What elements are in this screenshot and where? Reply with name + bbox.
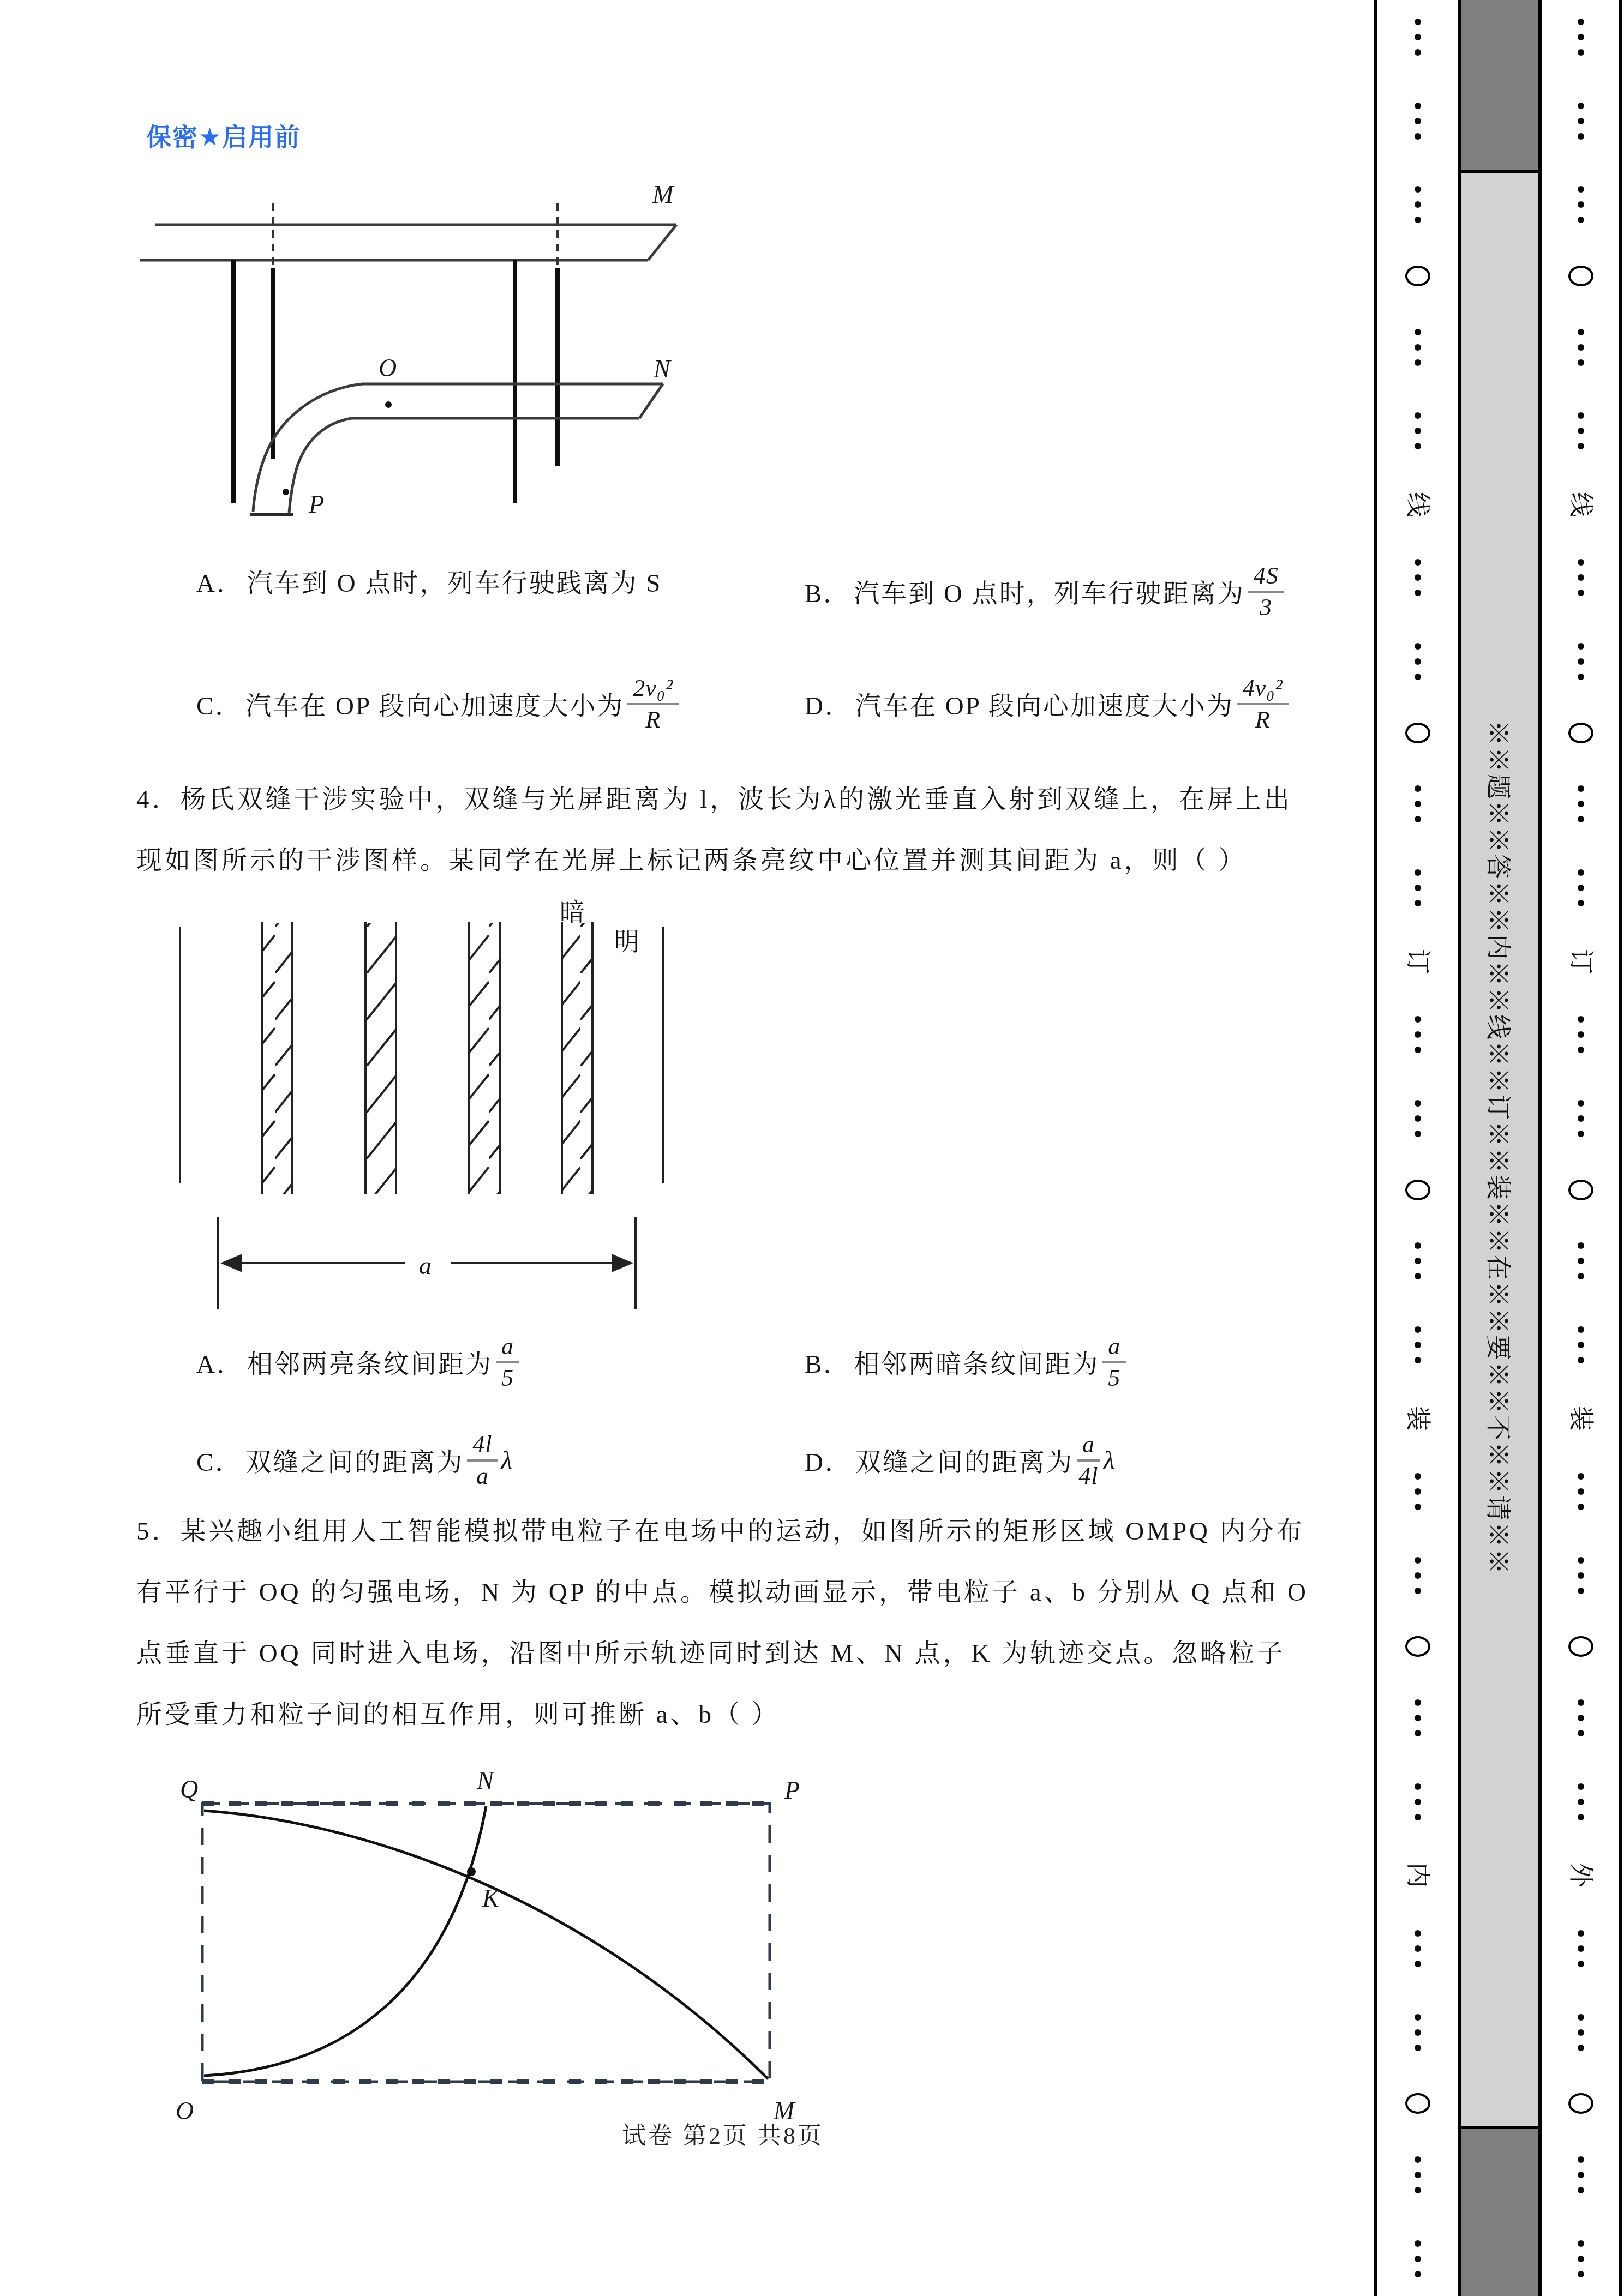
fraction: 4v₀² R — [1237, 675, 1289, 732]
option-text: 双缝之间的距离为 — [245, 1442, 464, 1478]
ellipsis-dots — [1415, 1695, 1421, 1741]
ellipsis-dots — [1415, 2236, 1421, 2282]
ellipsis-dots — [1578, 2010, 1584, 2055]
option-text: 汽车到 O 点时，列车行驶距离为 — [854, 573, 1244, 610]
q4-option-a: A． 相邻两亮条纹间距为 a 5 — [196, 1333, 523, 1391]
binding-strip-inner: 线订装内 — [1379, 0, 1457, 2296]
confidential-header: 保密★启用前 — [146, 117, 301, 153]
ellipsis-dots — [1415, 2152, 1421, 2198]
dark-fringe-bands — [262, 922, 592, 1194]
registration-circle-icon — [1405, 1636, 1430, 1657]
q3-option-b: B． 汽车到 O 点时，列车行驶距离为 4S 3 — [805, 563, 1287, 620]
registration-circle-icon — [1568, 1180, 1593, 1200]
fraction: a 4l — [1077, 1432, 1100, 1489]
binding-strip-outer: 线订装外 — [1544, 0, 1618, 2296]
train-track-diagram: M N O P — [136, 164, 693, 545]
lambda-suffix: λ — [1104, 1446, 1116, 1475]
car-dot-O — [385, 401, 392, 408]
binding-label: 线 — [1568, 492, 1593, 517]
q3-option-d: D． 汽车在 OP 段向心加速度大小为 4v₀² R — [805, 675, 1292, 732]
ellipsis-dots — [1578, 1695, 1584, 1741]
ellipsis-dots — [1415, 865, 1421, 911]
exam-paper-page: 保密★启用前 M N O P A． 汽车到 O 点时，列车行驶践离为 S — [0, 0, 1624, 2296]
ellipsis-dots — [1415, 1238, 1421, 1284]
ellipsis-dots — [1578, 182, 1584, 227]
ellipsis-dots — [1578, 2236, 1584, 2282]
option-label: B． — [805, 1344, 850, 1380]
ellipsis-dots — [1415, 639, 1421, 684]
ellipsis-dots — [1578, 1322, 1584, 1368]
label-Q: Q — [180, 1775, 198, 1803]
margin-border-right — [1619, 0, 1622, 2296]
ellipsis-dots — [1415, 1322, 1421, 1368]
ellipsis-dots — [1578, 781, 1584, 827]
page-footer: 试卷 第2页 共8页 — [622, 2116, 824, 2151]
field-region-diagram: Q N P O M K — [164, 1745, 856, 2121]
label-distance-a: a — [419, 1252, 432, 1279]
ellipsis-dots — [1415, 781, 1421, 827]
ellipsis-dots — [1578, 1012, 1584, 1057]
ellipsis-dots — [1415, 1012, 1421, 1057]
ellipsis-dots — [1578, 408, 1584, 454]
margin-border-left — [1374, 0, 1377, 2296]
label-O: O — [379, 354, 397, 382]
registration-circle-icon — [1405, 266, 1430, 286]
q5-stem-line4: 所受重力和粒子间的相互作用，则可推断 a、b（ ） — [136, 1694, 780, 1730]
q4-option-b: B． 相邻两暗条纹间距为 a 5 — [805, 1333, 1129, 1391]
ellipsis-dots — [1415, 1096, 1421, 1141]
ellipsis-dots — [1415, 1553, 1421, 1598]
registration-circle-icon — [1405, 2093, 1430, 2114]
label-P: P — [308, 490, 324, 518]
trajectory-a — [204, 1811, 768, 2079]
label-bright: 明 — [614, 928, 639, 955]
intersection-dot-K — [467, 1867, 476, 1876]
ellipsis-dots — [1578, 555, 1584, 600]
option-label: C． — [196, 686, 242, 722]
option-text: 汽车在 OP 段向心加速度大小为 — [855, 686, 1234, 722]
binding-label: 装 — [1405, 1406, 1430, 1431]
option-text: 相邻两亮条纹间距为 — [247, 1344, 493, 1380]
gray-strip-dark-top — [1461, 0, 1538, 173]
label-N: N — [476, 1766, 495, 1794]
binding-label: 线 — [1405, 492, 1430, 517]
registration-circle-icon — [1405, 723, 1430, 743]
car-dot-P — [283, 489, 289, 495]
trajectory-b — [204, 1806, 486, 2076]
option-text: 双缝之间的距离为 — [855, 1442, 1074, 1478]
option-text: 汽车在 OP 段向心加速度大小为 — [245, 686, 624, 722]
ellipsis-dots — [1415, 2010, 1421, 2055]
fraction: 4S 3 — [1248, 563, 1284, 620]
q5-stem-line2: 有平行于 OQ 的匀强电场，N 为 QP 的中点。模拟动画显示，带电粒子 a、b… — [136, 1572, 1309, 1608]
ellipsis-dots — [1578, 98, 1584, 144]
ellipsis-dots — [1578, 14, 1584, 60]
option-label: A． — [196, 563, 244, 599]
ellipsis-dots — [1578, 324, 1584, 370]
ellipsis-dots — [1578, 865, 1584, 911]
ellipsis-dots — [1578, 2152, 1584, 2198]
binding-label: 订 — [1405, 949, 1430, 974]
label-N: N — [653, 355, 672, 383]
registration-circle-icon — [1568, 2093, 1593, 2114]
ellipsis-dots — [1415, 98, 1421, 144]
label-K: K — [482, 1884, 500, 1912]
fraction: 4l a — [467, 1432, 498, 1489]
q5-stem-line1: 5．某兴趣小组用人工智能模拟带电粒子在电场中的运动，如图所示的矩形区域 OMPQ… — [136, 1511, 1305, 1547]
q4-option-d: D． 双缝之间的距离为 a 4l λ — [805, 1432, 1116, 1489]
ellipsis-dots — [1415, 324, 1421, 370]
q5-stem-line3: 点垂直于 OQ 同时进入电场，沿图中所示轨迹同时到达 M、N 点，K 为轨迹交点… — [136, 1633, 1285, 1669]
ellipsis-dots — [1415, 14, 1421, 60]
ellipsis-dots — [1578, 1779, 1584, 1825]
fraction: a 5 — [1102, 1333, 1126, 1391]
ellipsis-dots — [1578, 1469, 1584, 1514]
ellipsis-dots — [1415, 1926, 1421, 1972]
gray-strip-dark-bottom — [1461, 2126, 1538, 2296]
lambda-suffix: λ — [501, 1446, 514, 1475]
label-O: O — [176, 2097, 194, 2121]
binding-label: 装 — [1568, 1406, 1593, 1431]
label-P: P — [784, 1776, 800, 1804]
ellipsis-dots — [1578, 1238, 1584, 1284]
option-label: D． — [805, 686, 852, 722]
label-dark: 暗 — [560, 898, 585, 926]
option-text: 汽车到 O 点时，列车行驶践离为 S — [247, 563, 662, 599]
ellipsis-dots — [1415, 1779, 1421, 1825]
binding-warning-text: ※※题※※答※※内※※线※※订※※装※※在※※要※※不※※请※※ — [1482, 720, 1518, 1576]
ellipsis-dots — [1415, 408, 1421, 454]
q4-stem-line1: 4．杨氏双缝干涉实验中，双缝与光屏距离为 l，波长为λ的激光垂直入射到双缝上，在… — [136, 779, 1292, 815]
ellipsis-dots — [1578, 1553, 1584, 1598]
q4-option-c: C． 双缝之间的距离为 4l a λ — [196, 1432, 514, 1489]
ellipsis-dots — [1415, 555, 1421, 600]
ellipsis-dots — [1578, 1096, 1584, 1141]
registration-circle-icon — [1568, 266, 1593, 286]
option-label: C． — [196, 1442, 242, 1478]
q3-option-c: C． 汽车在 OP 段向心加速度大小为 2v₀² R — [196, 675, 682, 732]
ellipsis-dots — [1415, 182, 1421, 227]
option-label: B． — [805, 573, 850, 610]
binding-label: 内 — [1405, 1862, 1430, 1888]
fraction: 2v₀² R — [627, 675, 679, 732]
registration-circle-icon — [1568, 1636, 1593, 1657]
ellipsis-dots — [1578, 639, 1584, 684]
registration-circle-icon — [1405, 1180, 1430, 1200]
q4-stem-line2: 现如图所示的干涉图样。某同学在光屏上标记两条亮纹中心位置并测其间距为 a，则（ … — [136, 840, 1247, 876]
option-label: A． — [196, 1344, 244, 1380]
option-text: 相邻两暗条纹间距为 — [854, 1344, 1099, 1380]
label-M: M — [652, 181, 675, 208]
ellipsis-dots — [1578, 1926, 1584, 1972]
ellipsis-dots — [1415, 1469, 1421, 1514]
q3-option-a: A． 汽车到 O 点时，列车行驶践离为 S — [196, 563, 662, 599]
binding-label: 订 — [1568, 949, 1593, 974]
fraction: a 5 — [496, 1333, 519, 1391]
binding-label: 外 — [1568, 1862, 1593, 1888]
registration-circle-icon — [1568, 723, 1593, 743]
interference-pattern-diagram: 暗 明 a — [164, 889, 687, 1320]
option-label: D． — [805, 1442, 852, 1478]
